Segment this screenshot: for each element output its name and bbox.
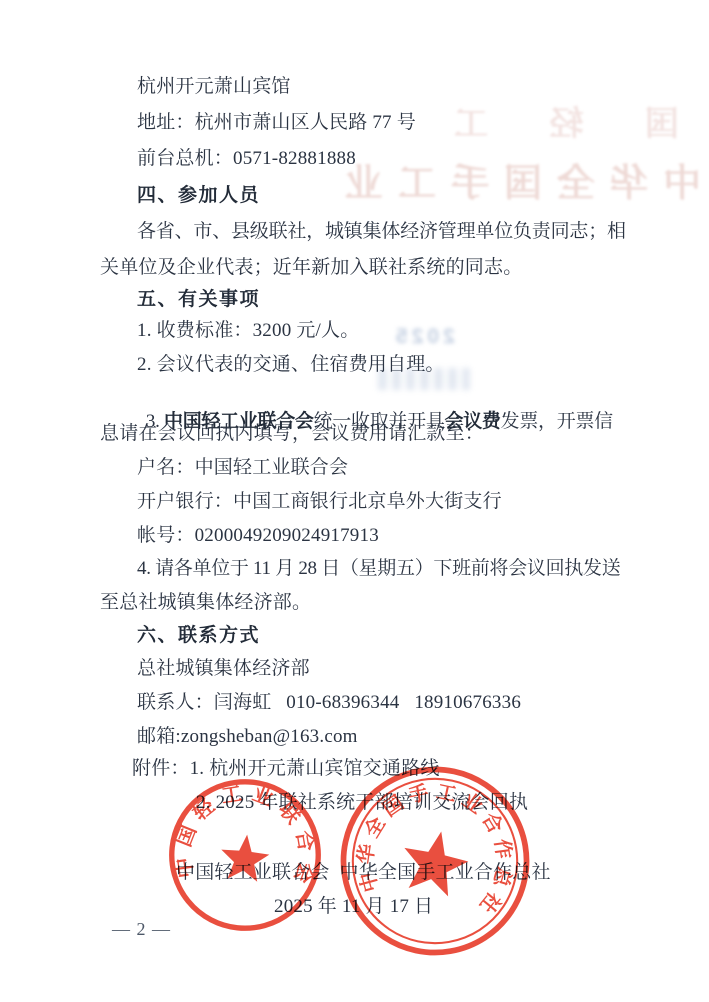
hotel-address-line: 地址：杭州市萧山区人民路 77 号 [137, 112, 416, 134]
attachment-line1: 附件：1. 杭州开元萧山宾馆交通路线 [132, 758, 440, 780]
travel-cost-line: 2. 会议代表的交通、住宿费用自理。 [137, 354, 445, 376]
hotel-phone-line: 前台总机：0571-82881888 [137, 148, 356, 170]
account-number-line: 帐号：0200049209024917913 [137, 525, 379, 547]
fee-standard-line: 1. 收费标准：3200 元/人。 [137, 320, 359, 342]
signature-orgs-line: 中国轻工业联合会 中华全国手工业合作总社 [176, 862, 551, 884]
section4-text-line1: 各省、市、县级联社，城镇集体经济管理单位负责同志；相 [137, 221, 626, 243]
seal-right-outer-ring [326, 752, 543, 969]
section6-heading: 六、联系方式 [137, 625, 260, 647]
bleedthrough-mid-text: 2025 [392, 325, 455, 349]
bank-line: 开户银行：中国工商银行北京阜外大街支行 [137, 491, 502, 513]
invoice-line2: 息请在会议回执内填写，会议费用请汇款至： [100, 423, 484, 445]
item3-tail: 发票，开票信 [501, 411, 613, 432]
deadline-line2: 至总社城镇集体经济部。 [100, 592, 311, 614]
scanned-document-page: { "page": { "background": "#ffffff", "te… [0, 0, 709, 1002]
department-line: 总社城镇集体经济部 [137, 658, 310, 680]
section5-heading: 五、有关事项 [137, 289, 260, 311]
section4-heading: 四、参加人员 [137, 185, 260, 207]
deadline-line1: 4. 请各单位于 11 月 28 日（星期五）下班前将会议回执发送 [137, 558, 620, 580]
hotel-name-line: 杭州开元萧山宾馆 [137, 76, 291, 98]
bleedthrough-letterhead-line2: 中华全国手工业 [330, 152, 701, 207]
attachment-line2: 2. 2025 年联社系统干部培训交流会回执 [196, 792, 528, 814]
signature-date-line: 2025 年 11 月 17 日 [274, 896, 433, 918]
bleedthrough-letterhead-line1: 中 国 轻 工 [428, 96, 709, 145]
page-number: — 2 — [112, 919, 171, 940]
contact-person-line: 联系人：闫海虹 010-68396344 18910676336 [137, 692, 521, 714]
account-name-line: 户名：中国轻工业联合会 [137, 457, 348, 479]
section4-text-line2: 关单位及企业代表；近年新加入联社系统的同志。 [100, 257, 522, 279]
email-line: 邮箱:zongsheban@163.com [137, 726, 358, 748]
